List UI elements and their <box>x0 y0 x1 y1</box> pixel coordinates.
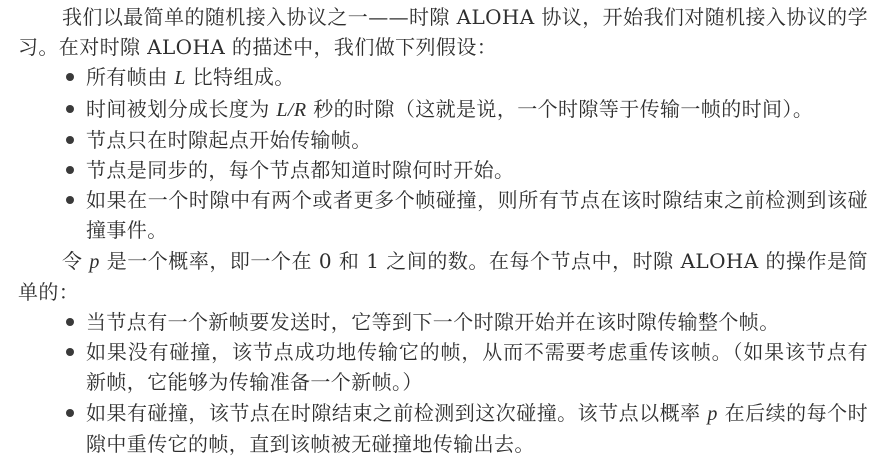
item-text: 节点只在时隙起点开始传输帧。 <box>86 128 372 152</box>
bullet-icon <box>66 409 74 417</box>
assumptions-list: 所有帧由 L 比特组成。 时间被划分成长度为 L/R 秒的时隙（这就是说，一个时… <box>18 62 868 245</box>
math-variable: L/R <box>276 99 306 121</box>
operations-list: 当节点有一个新帧要发送时，它等到下一个时隙开始并在该时隙传输整个帧。 如果没有碰… <box>18 307 868 459</box>
intro-paragraph: 我们以最简单的随机接入协议之一——时隙 ALOHA 协议，开始我们对随机接入协议… <box>18 2 868 62</box>
bullet-icon <box>66 136 74 144</box>
bullet-icon <box>66 318 74 326</box>
item-text: 当节点有一个新帧要发送时，它等到下一个时隙开始并在该时隙传输整个帧。 <box>86 310 780 334</box>
item-text: 如果在一个时隙中有两个或者更多个帧碰撞，则所有节点在该时隙结束之前检测到该碰撞事… <box>86 188 868 242</box>
bullet-icon <box>66 166 74 174</box>
bullet-icon <box>66 105 74 113</box>
bullet-icon <box>66 196 74 204</box>
item-text: 时间被划分成长度为 <box>86 97 276 121</box>
assumption-item: 所有帧由 L 比特组成。 <box>86 62 868 93</box>
assumption-item: 节点只在时隙起点开始传输帧。 <box>86 125 868 155</box>
bullet-icon <box>66 73 74 81</box>
item-text: 所有帧由 <box>86 65 174 89</box>
operation-item: 如果有碰撞，该节点在时隙结束之前检测到这次碰撞。该节点以概率 p 在后续的每个时… <box>86 398 868 459</box>
item-text: 如果有碰撞，该节点在时隙结束之前检测到这次碰撞。该节点以概率 <box>86 401 707 425</box>
document-page: 我们以最简单的随机接入协议之一——时隙 ALOHA 协议，开始我们对随机接入协议… <box>18 2 868 459</box>
math-variable: p <box>89 251 99 273</box>
item-text: 节点是同步的，每个节点都知道时隙何时开始。 <box>86 158 514 182</box>
math-variable: L <box>174 67 186 89</box>
operation-paragraph: 令 p 是一个概率，即一个在 0 和 1 之间的数。在每个节点中，时隙 ALOH… <box>18 246 868 307</box>
item-text: 秒的时隙（这就是说，一个时隙等于传输一帧的时间）。 <box>306 97 813 121</box>
math-variable: p <box>707 403 717 425</box>
assumption-item: 节点是同步的，每个节点都知道时隙何时开始。 <box>86 155 868 185</box>
assumption-item: 如果在一个时隙中有两个或者更多个帧碰撞，则所有节点在该时隙结束之前检测到该碰撞事… <box>86 185 868 245</box>
assumption-item: 时间被划分成长度为 L/R 秒的时隙（这就是说，一个时隙等于传输一帧的时间）。 <box>86 94 868 125</box>
paragraph-text: 是一个概率，即一个在 0 和 1 之间的数。在每个节点中，时隙 ALOHA 的操… <box>18 249 868 304</box>
paragraph-text: 令 <box>62 249 89 273</box>
item-text: 比特组成。 <box>186 65 295 89</box>
item-text: 如果没有碰撞，该节点成功地传输它的帧，从而不需要考虑重传该帧。（如果该节点有新帧… <box>86 340 868 394</box>
operation-item: 当节点有一个新帧要发送时，它等到下一个时隙开始并在该时隙传输整个帧。 <box>86 307 868 337</box>
bullet-icon <box>66 348 74 356</box>
operation-item: 如果没有碰撞，该节点成功地传输它的帧，从而不需要考虑重传该帧。（如果该节点有新帧… <box>86 337 868 397</box>
